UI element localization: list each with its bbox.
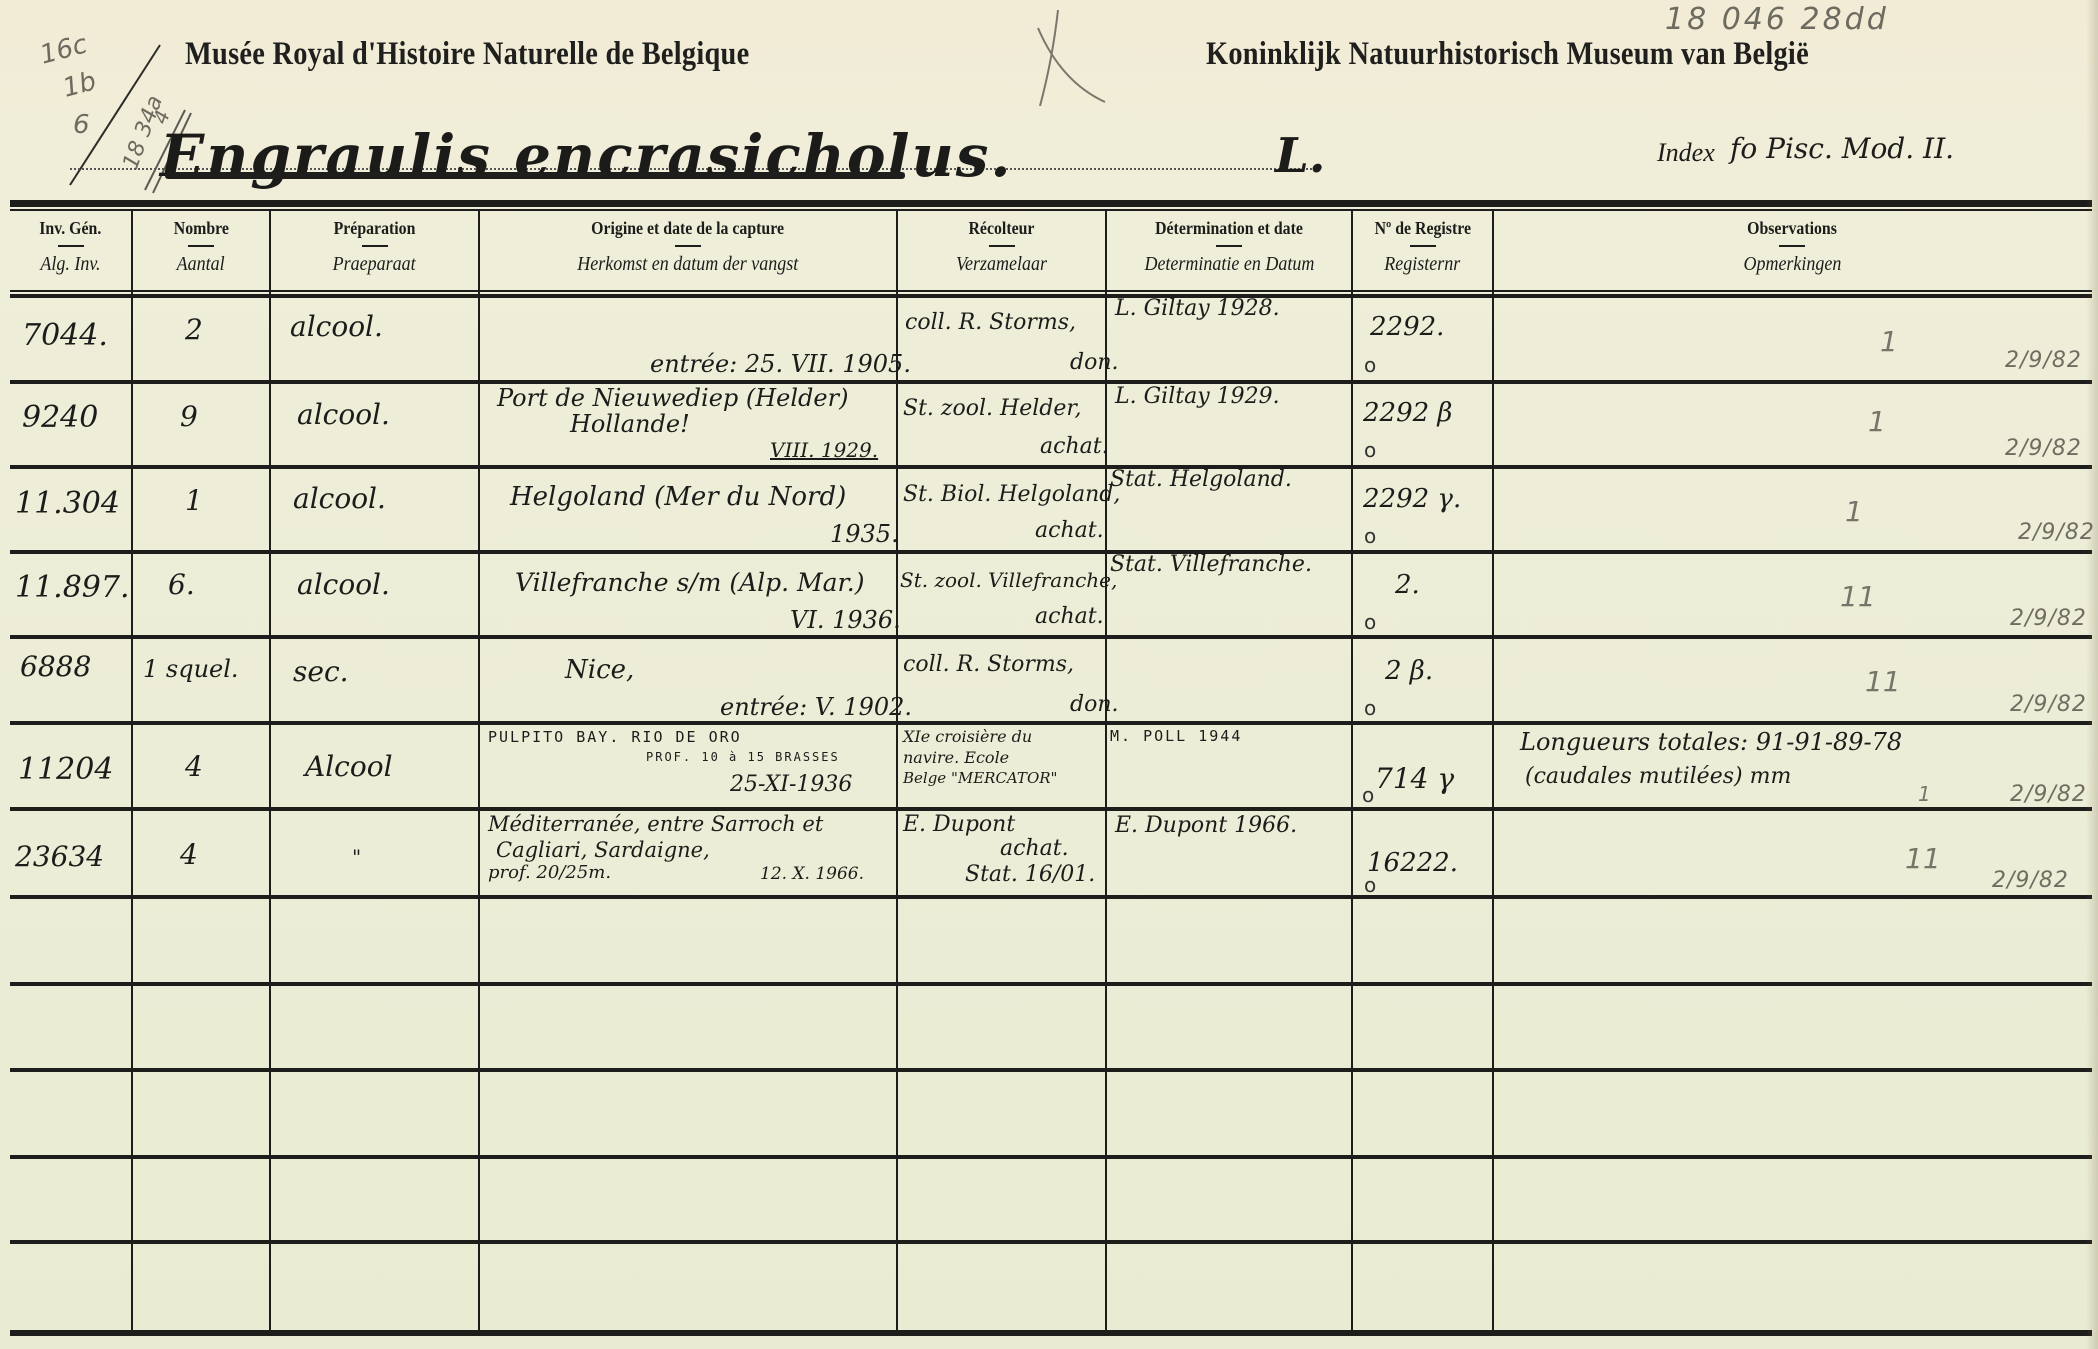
cell-recolteur-line: achat. <box>1040 434 1109 459</box>
cell-origine-line: VIII. 1929. <box>770 438 878 462</box>
pencil-tick-mark: 1 <box>1868 405 1886 438</box>
cell-recolteur-line: don. <box>1070 350 1119 375</box>
cell-recolteur-line: achat. <box>1035 604 1104 629</box>
header-bottom-rule-thin <box>10 290 2092 292</box>
cell-origine-line: PROF. 10 à 15 BRASSES <box>646 750 840 764</box>
col-divider <box>1492 211 1494 1332</box>
cell-inv: 9240 <box>22 400 98 435</box>
header-top-rule-thin <box>10 209 2092 211</box>
specimen-index-card: Musée Royal d'Histoire Naturelle de Belg… <box>0 0 2098 1349</box>
cell-preparation: " <box>352 845 361 869</box>
pencil-tick-mark: 11 <box>1905 842 1941 875</box>
cell-origine-line: entrée: V. 1902. <box>720 693 912 721</box>
cell-origine-line: Hollande! <box>570 410 690 438</box>
cell-recolteur-line: Stat. 16/01. <box>965 862 1095 887</box>
col-divider <box>131 211 133 1332</box>
registre-mark: o <box>1364 696 1376 720</box>
row-rule <box>10 465 2092 469</box>
pencil-tick-mark: 1 <box>1845 495 1863 528</box>
cell-nombre: 6. <box>168 568 195 601</box>
cell-origine-line: 12. X. 1966. <box>760 864 864 884</box>
cell-recolteur-line: St. zool. Helder, <box>903 396 1081 421</box>
cell-origine-line: Méditerranée, entre Sarroch et <box>488 812 823 836</box>
pencil-tick-mark: 1 <box>1918 782 1931 806</box>
observation-line: Longueurs totales: 91-91-89-78 <box>1520 728 1902 756</box>
column-header-recolteur: Récolteur Verzamelaar <box>898 212 1105 288</box>
cell-registre: 2292 γ. <box>1363 484 1461 514</box>
row-rule <box>10 982 2092 986</box>
registre-mark: o <box>1364 524 1376 548</box>
pencil-check-date: 2/9/82 <box>2010 606 2087 631</box>
cell-origine-line: Cagliari, Sardaigne, <box>496 838 710 862</box>
registre-mark: o <box>1364 873 1376 897</box>
cell-recolteur-line: coll. R. Storms, <box>905 310 1076 335</box>
cell-nombre: 1 squel. <box>143 655 239 683</box>
column-header-observations: Observations Opmerkingen <box>1494 212 2090 288</box>
pencil-tick-mark: 11 <box>1865 665 1901 698</box>
cell-preparation: alcool. <box>293 482 386 515</box>
cell-origine-line: 1935. <box>830 520 899 548</box>
cell-recolteur-line: St. Biol. Helgoland, <box>903 482 1120 507</box>
row-rule <box>10 380 2092 384</box>
row-rule <box>10 550 2092 554</box>
column-header-inv: Inv. Gén. Alg. Inv. <box>10 212 131 288</box>
cell-determination: E. Dupont 1966. <box>1115 813 1297 838</box>
table-bottom-rule <box>10 1330 2092 1336</box>
cell-nombre: 1 <box>185 484 203 517</box>
cell-recolteur-line: Belge "MERCATOR" <box>903 769 1057 787</box>
pencil-tick-mark: 11 <box>1840 580 1876 613</box>
cell-recolteur-line: achat. <box>1000 836 1069 861</box>
cell-origine-line: Helgoland (Mer du Nord) <box>510 482 846 512</box>
col-divider <box>478 211 480 1332</box>
header-bottom-rule <box>10 294 2092 298</box>
pencil-check-date: 2/9/82 <box>2005 436 2082 461</box>
cell-registre: 2 β. <box>1385 656 1433 686</box>
cell-inv: 11.897. <box>15 570 130 605</box>
registre-mark: o <box>1364 438 1376 462</box>
column-header-determination: Détermination et date Determinatie en Da… <box>1107 212 1351 288</box>
cell-inv: 11204 <box>18 752 113 787</box>
row-rule <box>10 1155 2092 1159</box>
cell-origine-line: Nice, <box>565 655 634 685</box>
cell-preparation: alcool. <box>297 568 390 601</box>
cell-determination: M. POLL 1944 <box>1110 727 1242 745</box>
cell-inv: 7044. <box>22 318 108 353</box>
cell-recolteur-line: coll. R. Storms, <box>903 652 1074 677</box>
cell-inv: 23634 <box>15 840 104 873</box>
pencil-check-date: 2/9/82 <box>2018 520 2095 545</box>
cell-recolteur-line: E. Dupont <box>903 812 1015 837</box>
col-divider <box>1105 211 1107 1332</box>
cell-origine-line: PULPITO BAY. RIO DE ORO <box>488 728 742 746</box>
cell-origine-line: VI. 1936. <box>790 606 901 634</box>
cell-registre: 16222. <box>1367 848 1458 878</box>
cell-registre: 2292. <box>1370 312 1444 342</box>
column-header-preparation: Préparation Praeparaat <box>271 212 478 288</box>
col-divider <box>896 211 898 1332</box>
cell-origine-line: 25-XI-1936 <box>730 772 852 797</box>
cell-recolteur-line: achat. <box>1035 518 1104 543</box>
header-top-rule <box>10 200 2092 207</box>
cell-registre: 714 γ <box>1375 762 1454 795</box>
row-rule <box>10 1240 2092 1244</box>
cell-nombre: 2 <box>185 313 203 346</box>
cell-origine-line: Villefranche s/m (Alp. Mar.) <box>515 568 864 597</box>
cell-determination: Stat. Helgoland. <box>1110 467 1292 492</box>
cell-preparation: alcool. <box>297 398 390 431</box>
cell-registre: 2. <box>1395 570 1420 600</box>
pencil-check-date: 2/9/82 <box>2005 348 2082 373</box>
card-edge-shadow <box>2086 0 2098 1349</box>
col-divider <box>1351 211 1353 1332</box>
cell-preparation: sec. <box>293 655 349 688</box>
cell-origine-line: Port de Nieuwediep (Helder) <box>497 384 848 412</box>
registre-mark: o <box>1364 353 1376 377</box>
row-rule <box>10 721 2092 725</box>
cell-inv: 11.304 <box>15 486 120 521</box>
registre-mark: o <box>1362 783 1374 807</box>
cell-recolteur-line: navire. Ecole <box>903 748 1009 767</box>
column-header-nombre: Nombre Aantal <box>133 212 269 288</box>
cell-determination: Stat. Villefranche. <box>1110 552 1312 577</box>
row-rule <box>10 895 2092 899</box>
pencil-check-date: 2/9/82 <box>2010 692 2087 717</box>
column-header-origine: Origine et date de la capture Herkomst e… <box>480 212 896 288</box>
cell-registre: 2292 β <box>1363 398 1452 428</box>
cell-nombre: 4 <box>185 750 203 783</box>
col-divider <box>269 211 271 1332</box>
cell-nombre: 4 <box>180 838 198 871</box>
pencil-tick-mark: 1 <box>1880 325 1898 358</box>
cell-recolteur-line: XIe croisière du <box>903 727 1032 746</box>
cell-preparation: Alcool <box>305 750 393 783</box>
cell-inv: 6888 <box>20 650 91 683</box>
cell-determination: L. Giltay 1929. <box>1115 384 1280 409</box>
observation-line: (caudales mutilées) mm <box>1525 764 1791 789</box>
cell-recolteur-line: St. zool. Villefranche, <box>900 568 1117 592</box>
pencil-check-date: 2/9/82 <box>1992 868 2069 893</box>
registre-mark: o <box>1364 610 1376 634</box>
cell-preparation: alcool. <box>290 310 383 343</box>
column-header-registre: Nº de Registre Registernr <box>1353 212 1492 288</box>
row-rule <box>10 807 2092 811</box>
cell-recolteur-line: don. <box>1070 692 1119 717</box>
pencil-check-date: 2/9/82 <box>2010 782 2087 807</box>
row-rule <box>10 635 2092 639</box>
cell-origine-line: prof. 20/25m. <box>488 862 611 883</box>
cell-nombre: 9 <box>180 400 198 433</box>
cell-origine-line: entrée: 25. VII. 1905. <box>650 350 911 378</box>
row-rule <box>10 1068 2092 1072</box>
cell-determination: L. Giltay 1928. <box>1115 296 1280 321</box>
